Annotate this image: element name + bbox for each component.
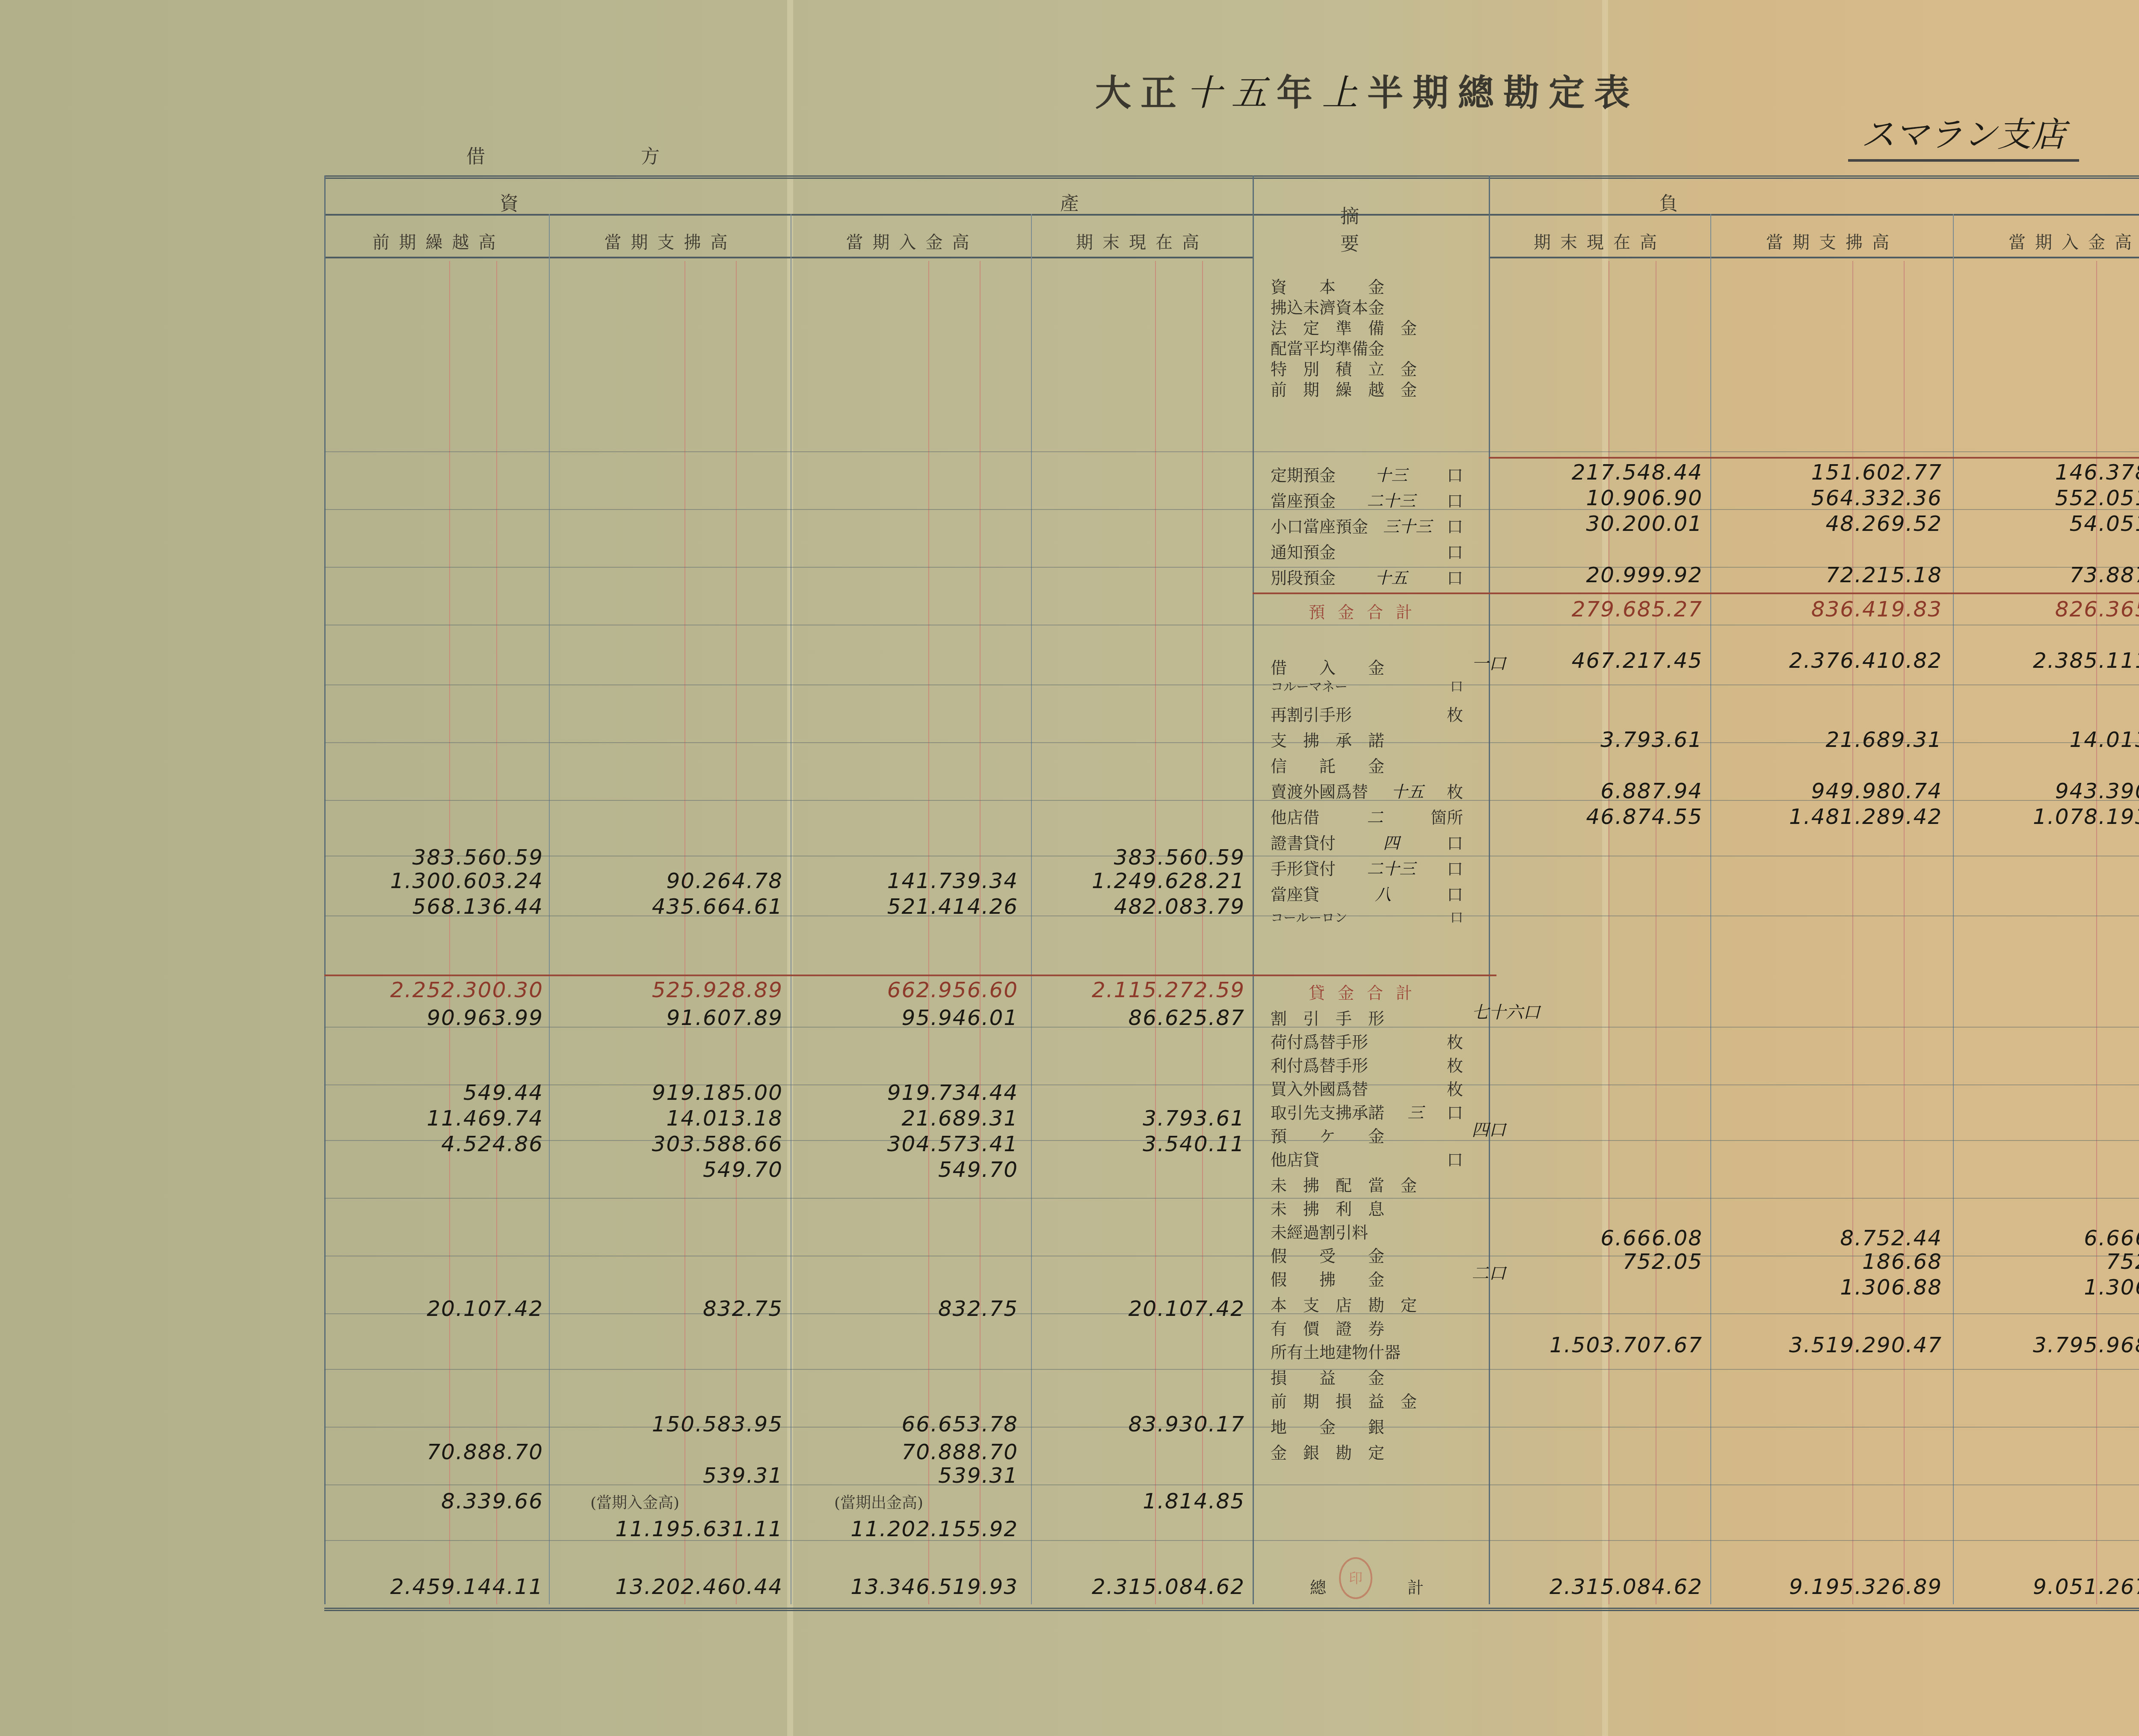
asset-value: 383.560.59 — [1040, 845, 1245, 870]
liability-value: 21.689.31 — [1737, 727, 1942, 752]
title-half-handwritten: 上 — [1322, 72, 1367, 114]
item-unearned-discount: 未經過割引料 — [1271, 1219, 1463, 1243]
liability-deposit-total: 826.365.23 — [1981, 597, 2139, 622]
row-rule — [324, 625, 2139, 625]
asset-value: 539.31 — [813, 1463, 1018, 1488]
paren-label: (當期入金高) — [590, 1491, 679, 1513]
col-header: 當期入金高 — [1955, 229, 2139, 253]
loan-total-red-rule — [324, 975, 1496, 976]
asset-value: 20.107.42 — [338, 1296, 543, 1321]
asset-value: 11.195.631.11 — [578, 1517, 783, 1541]
liability-value: 564.332.36 — [1737, 486, 1942, 510]
item-unpaid-interest: 未 拂 利 息 — [1271, 1196, 1463, 1219]
item-legal-reserve: 法 定 準 備 金 — [1271, 315, 1463, 338]
item-call-loan: コールーロン口 — [1271, 907, 1463, 926]
asset-value: 21.689.31 — [813, 1106, 1018, 1131]
item-loans-on-bills: 手形貸付二十三口 — [1271, 856, 1463, 879]
liability-value: 3.793.61 — [1497, 727, 1703, 752]
title-year-suffix: 年 — [1277, 71, 1322, 114]
asset-value: 14.013.18 — [578, 1106, 783, 1131]
item-foreign-bills-bought: 買入外國爲替枚 — [1271, 1076, 1463, 1099]
margin-note: 七十六口 — [1472, 999, 1540, 1023]
item-due-from-branches: 他店貸口 — [1271, 1146, 1463, 1170]
asset-value: 20.107.42 — [1040, 1296, 1245, 1321]
item-cash-account: 金 銀 勘 定 — [1271, 1440, 1463, 1463]
item-customer-liabilities: 取引先支拂承諾三口 — [1271, 1099, 1463, 1123]
liability-value: 467.217.45 — [1497, 648, 1703, 673]
liability-value: 3.519.290.47 — [1737, 1333, 1942, 1357]
liability-value: 1.306.88 — [1981, 1275, 2139, 1300]
item-securities: 有 價 證 券 — [1271, 1315, 1463, 1339]
asset-value: 304.573.41 — [813, 1132, 1018, 1156]
liability-value: 2.376.410.82 — [1737, 648, 1942, 673]
deposit-top-red-rule — [1489, 457, 2139, 459]
digit-rule — [496, 261, 497, 1604]
col-rule — [1489, 175, 1490, 1604]
col-header: 前期繰越高 — [329, 229, 549, 253]
item-suspense-payments: 假 拂 金 — [1271, 1266, 1463, 1290]
asset-value: 70.888.70 — [338, 1440, 543, 1464]
liability-value: 20.999.92 — [1497, 563, 1703, 587]
liability-value: 10.906.90 — [1497, 486, 1703, 510]
item-due-to-branches: 他店借二箇所 — [1271, 804, 1463, 828]
asset-loan-total: 662.956.60 — [813, 978, 1018, 1002]
paren-label: (當期出金高) — [834, 1491, 923, 1513]
asset-value: 1.300.603.24 — [338, 868, 543, 893]
item-rediscount: 再割引手形枚 — [1271, 702, 1463, 725]
liability-value: 1.306.88 — [1737, 1275, 1942, 1300]
item-borrowings: 借 入 金 — [1271, 655, 1463, 678]
digit-rule — [736, 261, 737, 1604]
header-divider — [324, 257, 1253, 258]
ledger-table — [324, 175, 2139, 1611]
item-unpaid-dividends: 未 拂 配 當 金 — [1271, 1172, 1463, 1196]
item-prior-profit-loss: 前 期 損 益 金 — [1271, 1388, 1463, 1412]
col-header: 當期支拂高 — [552, 229, 789, 253]
liability-value: 72.215.18 — [1737, 563, 1942, 587]
item-foreign-bills-sold: 賣渡外國爲替十五枚 — [1271, 779, 1463, 802]
item-loans-on-deeds: 證書貸付四口 — [1271, 830, 1463, 853]
asset-grand-total: 2.459.144.11 — [338, 1574, 543, 1599]
liability-value: 14.013.18 — [1981, 727, 2139, 752]
asset-value: 539.31 — [578, 1463, 783, 1488]
item-overdrafts: 當座貸八口 — [1271, 881, 1463, 905]
item-carried-forward: 前 期 繰 越 金 — [1271, 376, 1463, 400]
item-notice-deposit: 通知預金口 — [1271, 539, 1463, 563]
liability-value: 552.051.02 — [1981, 486, 2139, 510]
asset-loan-total: 525.928.89 — [578, 978, 783, 1002]
asset-value: 1.249.628.21 — [1040, 868, 1245, 893]
asset-grand-total: 13.346.519.93 — [813, 1574, 1018, 1599]
liabilities-header-left: 負 — [1647, 188, 1690, 216]
page-title: 大正十五年上半期總勘定表 — [1095, 64, 1639, 116]
liability-value: 73.887.50 — [1981, 563, 2139, 587]
asset-loan-total: 2.252.300.30 — [338, 978, 543, 1002]
asset-value: 90.963.99 — [338, 1005, 543, 1030]
item-fixed-deposit: 定期預金十三口 — [1271, 462, 1463, 486]
liability-value: 54.051.27 — [1981, 511, 2139, 536]
asset-value: 832.75 — [578, 1296, 783, 1321]
item-deposit-total: 預金合計 — [1271, 599, 1463, 622]
asset-value: 83.930.17 — [1040, 1412, 1245, 1437]
liability-value: 943.390.09 — [1981, 779, 2139, 803]
col-rule — [791, 214, 791, 1604]
asset-value: 919.734.44 — [813, 1080, 1018, 1105]
asset-value: 11.469.74 — [338, 1106, 543, 1131]
title-rest: 半期總勘定表 — [1367, 71, 1639, 114]
digit-rule — [928, 261, 929, 1604]
asset-value: 383.560.59 — [338, 845, 543, 870]
asset-value: 549.44 — [338, 1080, 543, 1105]
asset-value: 70.888.70 — [813, 1440, 1018, 1464]
digit-rule — [1155, 261, 1156, 1604]
assets-header-left: 資 — [488, 188, 530, 216]
liability-value: 217.548.44 — [1497, 460, 1703, 485]
seal-stamp: 印 — [1339, 1557, 1372, 1599]
liability-value: 151.602.77 — [1737, 460, 1942, 485]
item-unpaid-capital: 拂込未濟資本金 — [1271, 294, 1463, 318]
asset-value: 832.75 — [813, 1296, 1018, 1321]
item-profit-loss: 損 益 金 — [1271, 1365, 1463, 1388]
liability-deposit-total: 836.419.83 — [1737, 597, 1942, 622]
digit-rule — [980, 261, 981, 1604]
asset-value: 549.70 — [813, 1157, 1018, 1182]
digit-rule — [449, 261, 450, 1604]
col-rule — [1253, 175, 1254, 1604]
item-bills-discounted: 割 引 手 形 — [1271, 1005, 1463, 1029]
asset-value: 549.70 — [578, 1157, 783, 1182]
liability-value: 752.05 — [1981, 1249, 2139, 1274]
col-header: 期末現在高 — [1491, 229, 1709, 253]
liability-deposit-total: 279.685.27 — [1497, 597, 1703, 622]
asset-value: 8.339.66 — [338, 1489, 543, 1514]
liability-value: 752.05 — [1497, 1249, 1703, 1274]
title-era: 大正 — [1095, 71, 1186, 114]
assets-header-right: 產 — [1048, 188, 1091, 216]
asset-value: 482.083.79 — [1040, 894, 1245, 919]
liability-grand-total: 9.195.326.89 — [1737, 1574, 1942, 1599]
liability-value: 1.481.289.42 — [1737, 804, 1942, 829]
liability-value: 6.887.94 — [1497, 779, 1703, 803]
asset-value: 568.136.44 — [338, 894, 543, 919]
asset-loan-total: 2.115.272.59 — [1040, 978, 1245, 1002]
item-trust: 信 託 金 — [1271, 753, 1463, 776]
asset-grand-total: 13.202.460.44 — [578, 1574, 783, 1599]
liability-value: 186.68 — [1737, 1249, 1942, 1274]
liability-value: 8.752.44 — [1737, 1226, 1942, 1250]
row-rule — [324, 1369, 2139, 1370]
asset-value: 1.814.85 — [1040, 1489, 1245, 1514]
asset-value: 4.524.86 — [338, 1132, 543, 1156]
liability-value: 3.795.968.46 — [1981, 1333, 2139, 1357]
liability-value: 48.269.52 — [1737, 511, 1942, 536]
item-suspense-receipts: 假 受 金 — [1271, 1243, 1463, 1266]
asset-value: 3.793.61 — [1040, 1106, 1245, 1131]
asset-value: 435.664.61 — [578, 894, 783, 919]
title-year-handwritten: 十五 — [1186, 72, 1277, 114]
digit-rule — [684, 261, 685, 1604]
margin-note: 四口 — [1472, 1117, 1506, 1141]
col-rule — [549, 214, 550, 1604]
header-divider — [324, 214, 2139, 216]
row-rule — [324, 684, 2139, 685]
liability-grand-total: 9.051.267.10 — [1981, 1574, 2139, 1599]
item-current-deposit: 當座預金二十三口 — [1271, 488, 1463, 511]
row-rule — [324, 451, 2139, 452]
item-call-money: コルーマネー口 — [1271, 676, 1463, 695]
item-acceptances: 支 拂 承 諾 — [1271, 727, 1463, 751]
asset-value: 66.653.78 — [813, 1412, 1018, 1437]
asset-value: 91.607.89 — [578, 1005, 783, 1030]
item-capital: 資 本 金 — [1271, 274, 1463, 297]
item-loan-total: 貸金合計 — [1271, 980, 1463, 1003]
liability-grand-total: 2.315.084.62 — [1497, 1574, 1703, 1599]
liability-value: 46.874.55 — [1497, 804, 1703, 829]
summary-header: 摘 要 — [1266, 201, 1472, 256]
liability-value: 1.078.193.35 — [1981, 804, 2139, 829]
item-bullion: 地 金 銀 — [1271, 1414, 1463, 1437]
col-header: 期末現在高 — [1033, 229, 1251, 253]
item-due-from-banks: 預 ケ 金 — [1271, 1123, 1463, 1146]
asset-value: 150.583.95 — [578, 1412, 783, 1437]
liability-value: 6.666.08 — [1981, 1226, 2139, 1250]
item-premises: 所有土地建物什器 — [1271, 1339, 1463, 1363]
liability-value: 1.503.707.67 — [1497, 1333, 1703, 1357]
item-special-deposit: 別段預金十五口 — [1271, 565, 1463, 588]
col-rule — [1710, 214, 1711, 1604]
liability-value: 949.980.74 — [1737, 779, 1942, 803]
item-interest-bills: 利付爲替手形枚 — [1271, 1052, 1463, 1076]
item-special-reserve: 特 別 積 立 金 — [1271, 356, 1463, 379]
asset-value: 303.588.66 — [578, 1132, 783, 1156]
item-head-branch-account: 本 支 店 勘 定 — [1271, 1292, 1463, 1315]
asset-value: 3.540.11 — [1040, 1132, 1245, 1156]
item-documentary-bills: 荷付爲替手形枚 — [1271, 1029, 1463, 1052]
liability-value: 2.385.111.78 — [1981, 648, 2139, 673]
liability-value: 6.666.08 — [1497, 1226, 1703, 1250]
digit-rule — [1202, 261, 1203, 1604]
col-header: 當期入金高 — [794, 229, 1031, 253]
asset-value: 90.264.78 — [578, 868, 783, 893]
item-dividend-reserve: 配當平均準備金 — [1271, 335, 1463, 359]
asset-value: 86.625.87 — [1040, 1005, 1245, 1030]
asset-value: 919.185.00 — [578, 1080, 783, 1105]
asset-value: 521.414.26 — [813, 894, 1018, 919]
row-rule — [324, 1198, 2139, 1199]
asset-value: 141.739.34 — [813, 868, 1018, 893]
col-rule — [1031, 214, 1032, 1604]
asset-value: 11.202.155.92 — [813, 1517, 1018, 1541]
liability-value: 146.378.44 — [1981, 460, 2139, 485]
deposit-total-red-rule — [1253, 592, 2139, 594]
liability-value: 30.200.01 — [1497, 511, 1703, 536]
col-rule — [324, 175, 326, 1604]
item-petty-current-deposit: 小口當座預金三十三口 — [1271, 513, 1463, 537]
asset-value: 95.946.01 — [813, 1005, 1018, 1030]
col-header: 當期支拂高 — [1712, 229, 1952, 253]
asset-grand-total: 2.315.084.62 — [1040, 1574, 1245, 1599]
col-rule — [1953, 214, 1954, 1604]
header-divider — [1489, 257, 2139, 258]
